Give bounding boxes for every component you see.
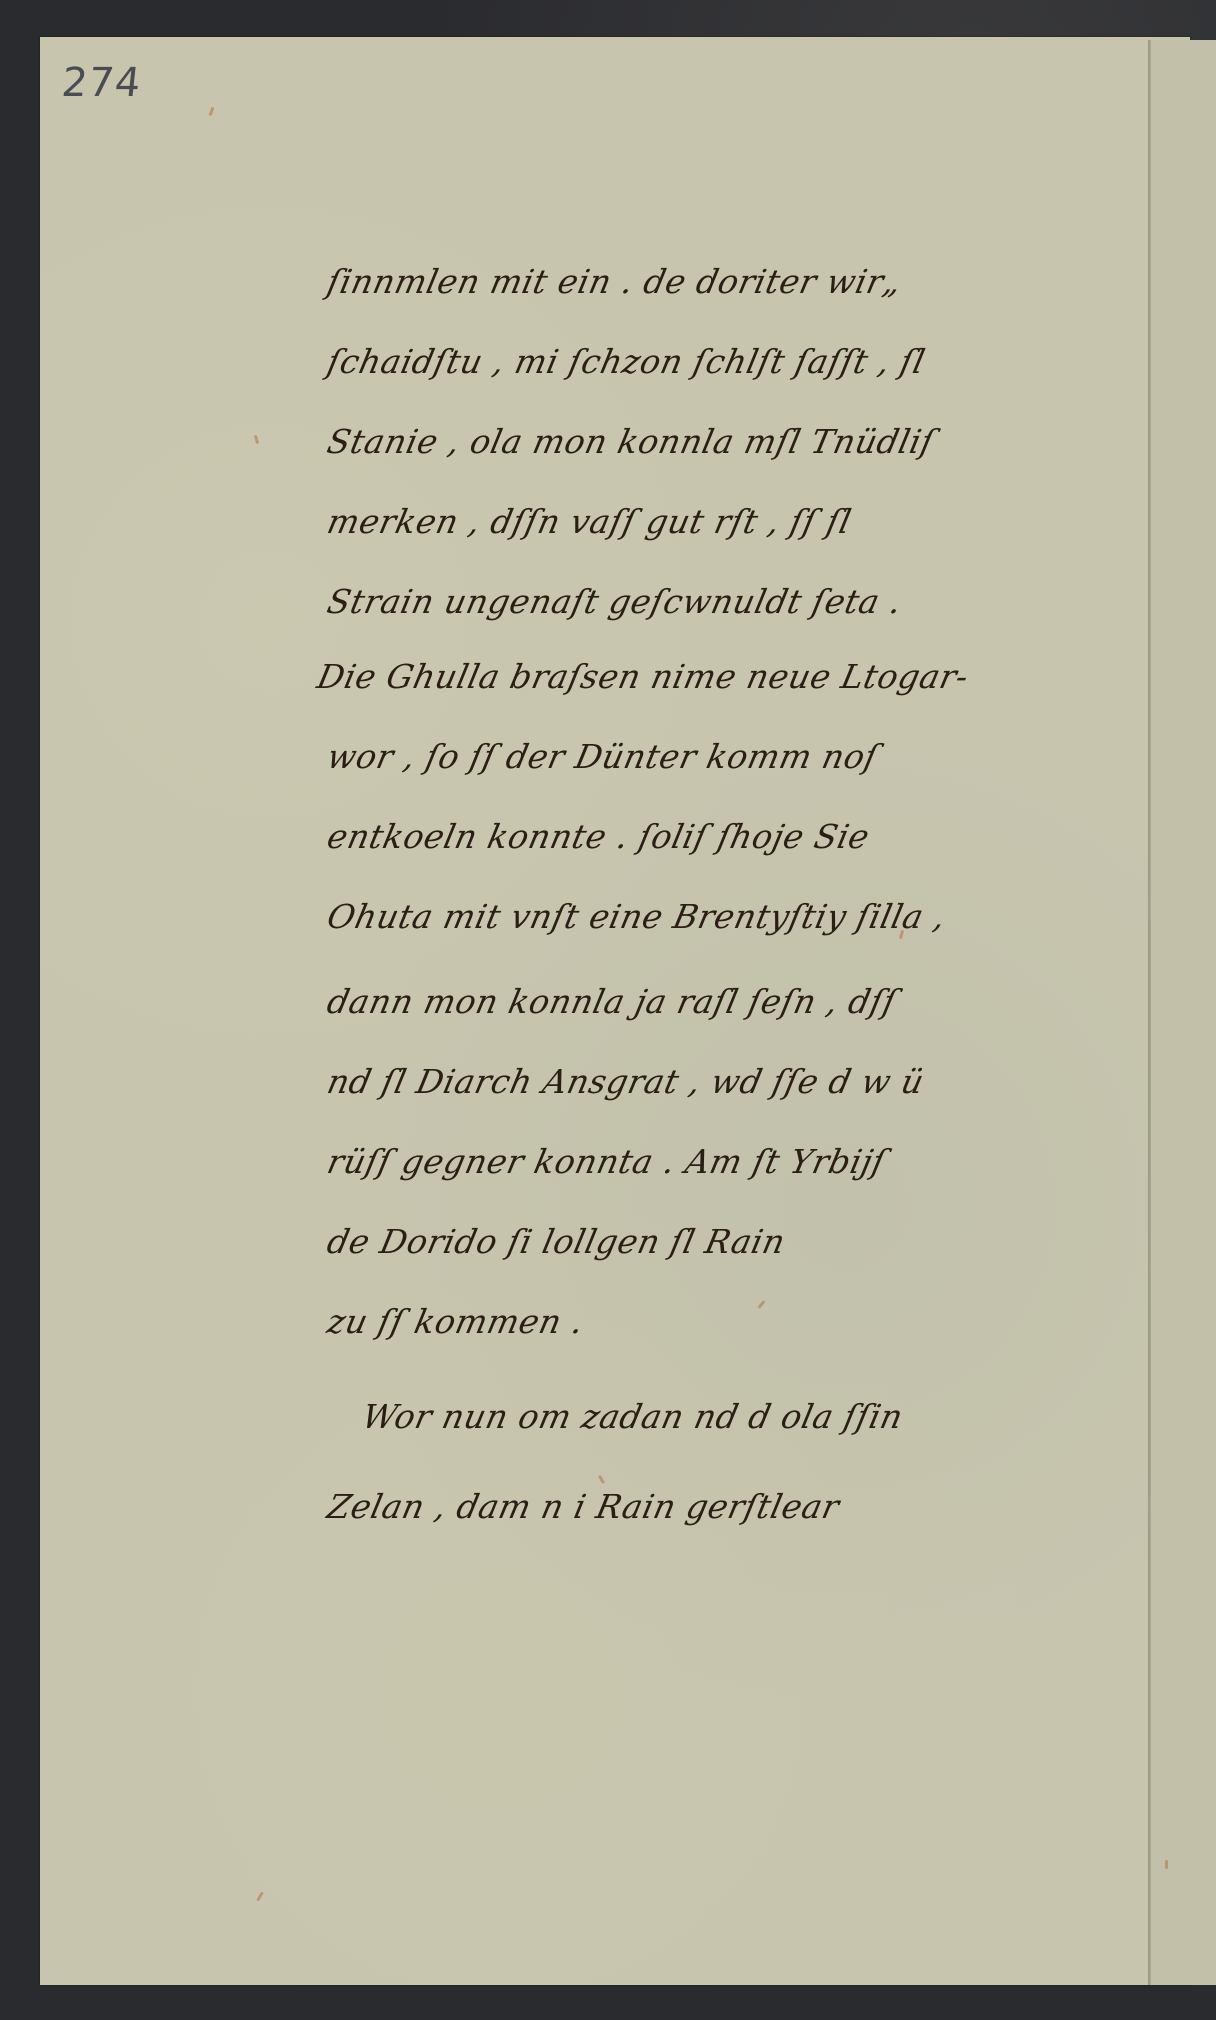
text-line: ſchaidſtu , mi ſchzon ſchlſt ſaſſt , ſl: [324, 342, 929, 381]
text-line: Wor nun om zadan nd d ola ſſin: [359, 1397, 907, 1436]
text-line: Ohuta mit vnſt eine Brentyſtiy ſilla ,: [324, 897, 950, 936]
text-line: entkoeln konnte . ſoliſ ſhoje Sie: [324, 817, 873, 856]
folio-number: 274: [60, 60, 144, 106]
text-line: nd ſl Diarch Ansgrat , wd ſſe d w ü: [324, 1062, 928, 1101]
text-line: Stanie , ola mon konnla mſl Tnüdliſ: [324, 422, 938, 461]
text-line: de Dorido ſi lollgen ſl Rain: [324, 1222, 789, 1261]
text-line: wor , ſo ſſ der Dünter komm noſ: [324, 737, 882, 776]
text-line: dann mon konnla ja raſl ſeſn , dſſ: [324, 982, 900, 1021]
text-line: Die Ghulla braſsen nime neue Ltogar-: [314, 657, 972, 696]
text-line: ſinnmlen mit ein . de doriter wir„: [324, 262, 905, 301]
text-line: Strain ungenaſt geſcwnuldt ſeta .: [324, 582, 906, 621]
text-line: rüſſ gegner konnta . Am ſt Yrbijſ: [324, 1142, 890, 1181]
text-line: merken , dſſn vaſſ gut rſt , ſſ ſl: [324, 502, 855, 541]
next-leaf-edge: [1151, 40, 1216, 1985]
text-line: Zelan , dam n i Rain gerſtlear: [324, 1487, 843, 1526]
text-line: zu ſſ kommen .: [324, 1302, 588, 1341]
page-fold-line: [1148, 40, 1151, 1985]
paper-fiber: [1165, 1860, 1168, 1869]
